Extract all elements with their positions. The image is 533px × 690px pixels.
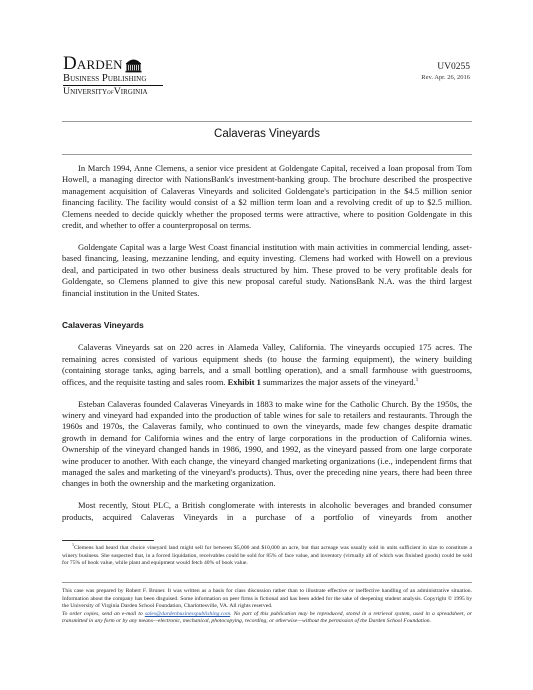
logo-darden-text: Darden (63, 55, 123, 73)
logo-uva-virginia: Virginia (114, 86, 148, 97)
sales-email-link[interactable]: sales@dardenbusinesspublishing.com (145, 611, 230, 617)
footnote-marker[interactable]: 1 (416, 378, 419, 383)
paragraph-history: Esteban Calaveras founded Calaveras Vine… (62, 399, 472, 490)
footnote-text: Clemens had heard that choice vineyard l… (62, 545, 472, 566)
document-id-block: UV0255 Rev. Apr. 26, 2016 (421, 62, 470, 82)
footnote: 1Clemens had heard that choice vineyard … (62, 545, 472, 568)
rotunda-icon (125, 57, 142, 73)
legal-notice: This case was prepared by Robert F. Brun… (62, 588, 472, 626)
document-page: Darden Business Publishing UniversityofV… (0, 0, 533, 690)
logo-uva-university: University (63, 86, 107, 97)
darden-logo: Darden Business Publishing UniversityofV… (63, 55, 163, 98)
document-code: UV0255 (421, 62, 470, 73)
title-bottom-rule (62, 154, 472, 155)
ordering-notice: To order copies, send an e-mail to sales… (62, 611, 472, 626)
document-body: In March 1994, Anne Clemens, a senior vi… (62, 163, 472, 534)
page-title: Calaveras Vineyards (62, 128, 472, 140)
paragraph-text: summarizes the major assets of the viney… (261, 377, 416, 387)
ordering-text: To order copies, send an e-mail to (62, 611, 145, 617)
logo-business-publishing: Business Publishing (63, 73, 163, 86)
legal-text: This case was prepared by Robert F. Brun… (62, 588, 472, 611)
legal-separator (62, 582, 472, 583)
logo-university-of-virginia: UniversityofVirginia (63, 86, 163, 98)
logo-uva-of: of (107, 88, 114, 96)
title-top-rule (62, 121, 472, 122)
section-heading: Calaveras Vineyards (62, 320, 472, 331)
paragraph-intro-2: Goldengate Capital was a large West Coas… (62, 242, 472, 299)
paragraph-stout: Most recently, Stout PLC, a British cong… (62, 500, 472, 523)
footnote-separator (62, 540, 154, 541)
paragraph-intro-1: In March 1994, Anne Clemens, a senior vi… (62, 163, 472, 231)
exhibit-reference: Exhibit 1 (228, 377, 261, 387)
revision-date: Rev. Apr. 26, 2016 (421, 73, 470, 82)
paragraph-vineyard-description: Calaveras Vineyards sat on 220 acres in … (62, 342, 472, 388)
